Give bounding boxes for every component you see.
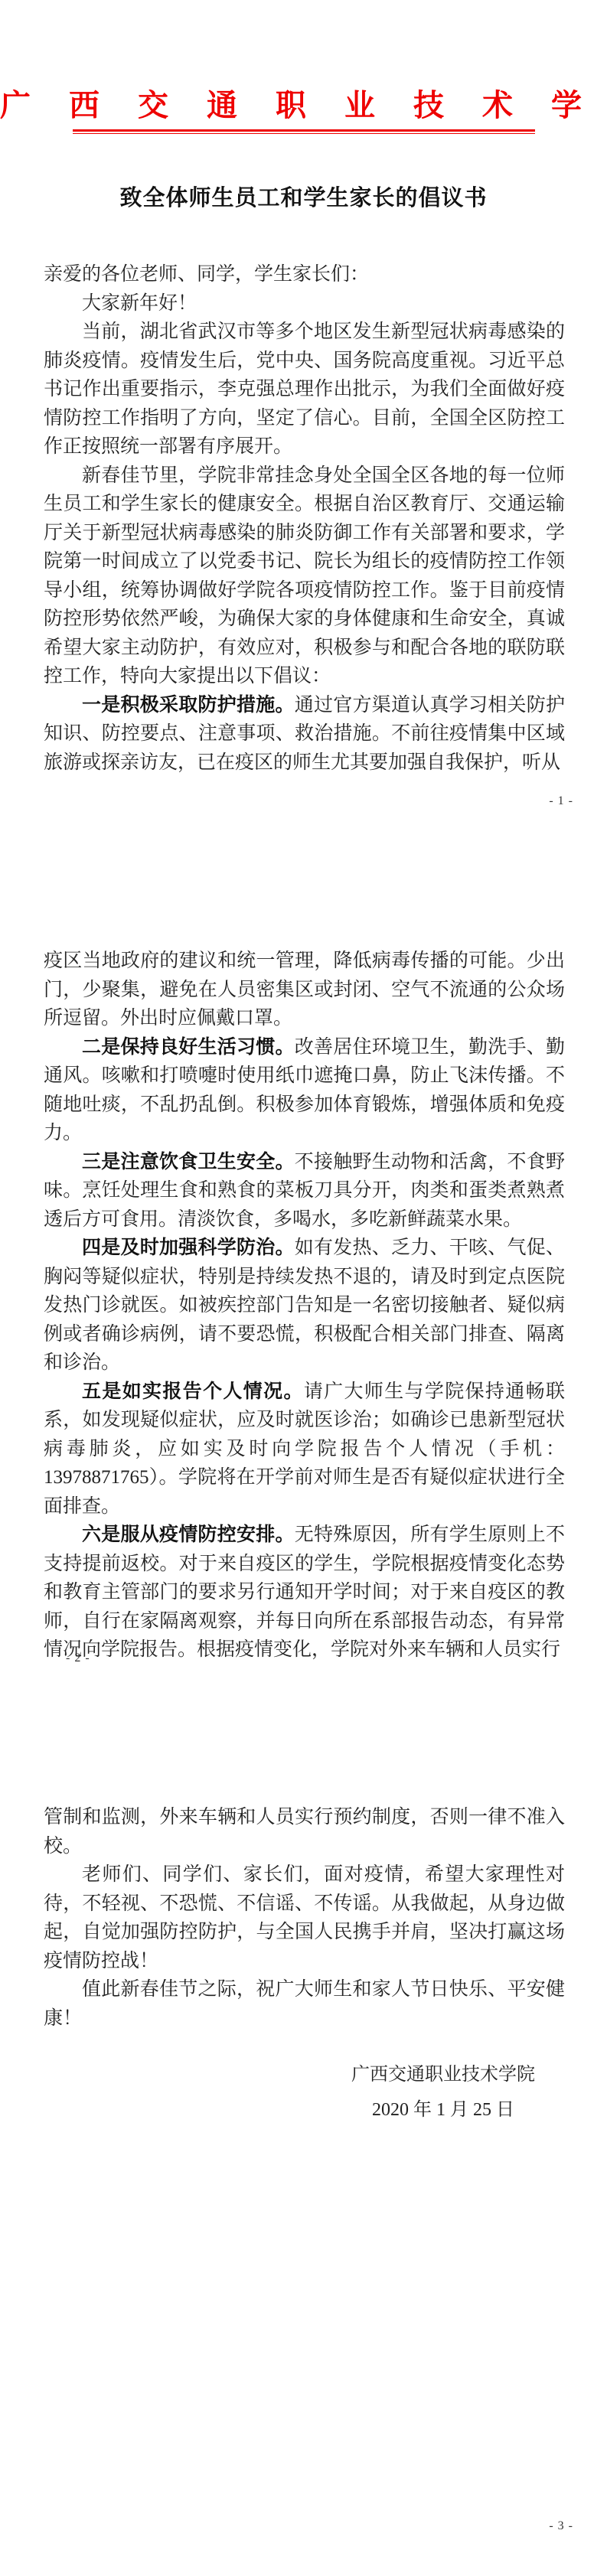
proposal-6-lead: 六是服从疫情防控安排。: [82, 1524, 295, 1545]
paragraph-festival: 新春佳节里，学院非常挂念身处全国全区各地的每一位师生员工和学生家长的健康安全。根…: [44, 461, 565, 691]
proposal-4-lead: 四是及时加强科学防治。: [82, 1237, 295, 1258]
letterhead-rule: [73, 129, 535, 134]
document-title: 致全体师生员工和学生家长的倡议书: [0, 181, 607, 212]
letterhead: 广 西 交 通 职 业 技 术 学 院: [0, 81, 607, 125]
signature-date: 2020 年 1 月 25 日: [344, 2092, 543, 2128]
page-number-3: - 3 -: [549, 2519, 573, 2533]
proposal-2: 二是保持良好生活习惯。改善居住环境卫生，勤洗手、勤通风。咳嗽和打喷嚏时使用纸巾遮…: [44, 1033, 565, 1148]
proposal-3: 三是注意饮食卫生安全。不接触野生动物和活禽，不食野味。烹饪处理生食和熟食的菜板刀…: [44, 1148, 565, 1234]
paragraph-wish: 值此新春佳节之际，祝广大师生和家人节日快乐、平安健康！: [44, 1975, 565, 2033]
greeting: 大家新年好！: [44, 289, 565, 318]
proposal-4: 四是及时加强科学防治。如有发热、乏力、干咳、气促、胸闷等疑似症状，特别是持续发热…: [44, 1234, 565, 1378]
page-number-1: - 1 -: [549, 794, 573, 808]
paragraph-situation: 当前，湖北省武汉市等多个地区发生新型冠状病毒感染的肺炎疫情。疫情发生后，党中央、…: [44, 318, 565, 461]
proposal-6: 六是服从疫情防控安排。无特殊原因，所有学生原则上不支持提前返校。对于来自疫区的学…: [44, 1521, 565, 1665]
paragraph-appeal: 老师们、同学们、家长们，面对疫情，希望大家理性对待，不轻视、不恐慌、不信谣、不传…: [44, 1860, 565, 1975]
page1-body: 亲爱的各位老师、同学，学生家长们： 大家新年好！ 当前，湖北省武汉市等多个地区发…: [44, 260, 565, 777]
salutation: 亲爱的各位老师、同学，学生家长们：: [44, 260, 565, 289]
proposal-6-continuation: 管制和监测，外来车辆和人员实行预约制度，否则一律不准入校。: [44, 1803, 565, 1860]
page-number-2: - 2 -: [66, 1652, 90, 1665]
proposal-3-lead: 三是注意饮食卫生安全。: [82, 1151, 295, 1172]
proposal-1: 一是积极采取防护措施。通过官方渠道认真学习相关防护知识、防控要点、注意事项、救治…: [44, 691, 565, 778]
letterhead-org-name: 广 西 交 通 职 业 技 术 学 院: [0, 81, 607, 125]
scanned-document: 广 西 交 通 职 业 技 术 学 院 致全体师生员工和学生家长的倡议书 亲爱的…: [0, 0, 607, 2576]
signature-block: 广西交通职业技术学院 2020 年 1 月 25 日: [344, 2057, 543, 2128]
proposal-5: 五是如实报告个人情况。请广大师生与学院保持通畅联系，如发现疑似症状，应及时就医诊…: [44, 1378, 565, 1521]
proposal-2-lead: 二是保持良好生活习惯。: [82, 1036, 295, 1058]
proposal-1-continuation: 疫区当地政府的建议和统一管理，降低病毒传播的可能。少出门，少聚集，避免在人员密集…: [44, 947, 565, 1033]
proposal-1-lead: 一是积极采取防护措施。: [82, 694, 295, 716]
page3-body: 管制和监测，外来车辆和人员实行预约制度，否则一律不准入校。 老师们、同学们、家长…: [44, 1803, 565, 2033]
signature-org: 广西交通职业技术学院: [344, 2057, 543, 2092]
page2-body: 疫区当地政府的建议和统一管理，降低病毒传播的可能。少出门，少聚集，避免在人员密集…: [44, 947, 565, 1665]
proposal-5-lead: 五是如实报告个人情况。: [82, 1381, 304, 1402]
